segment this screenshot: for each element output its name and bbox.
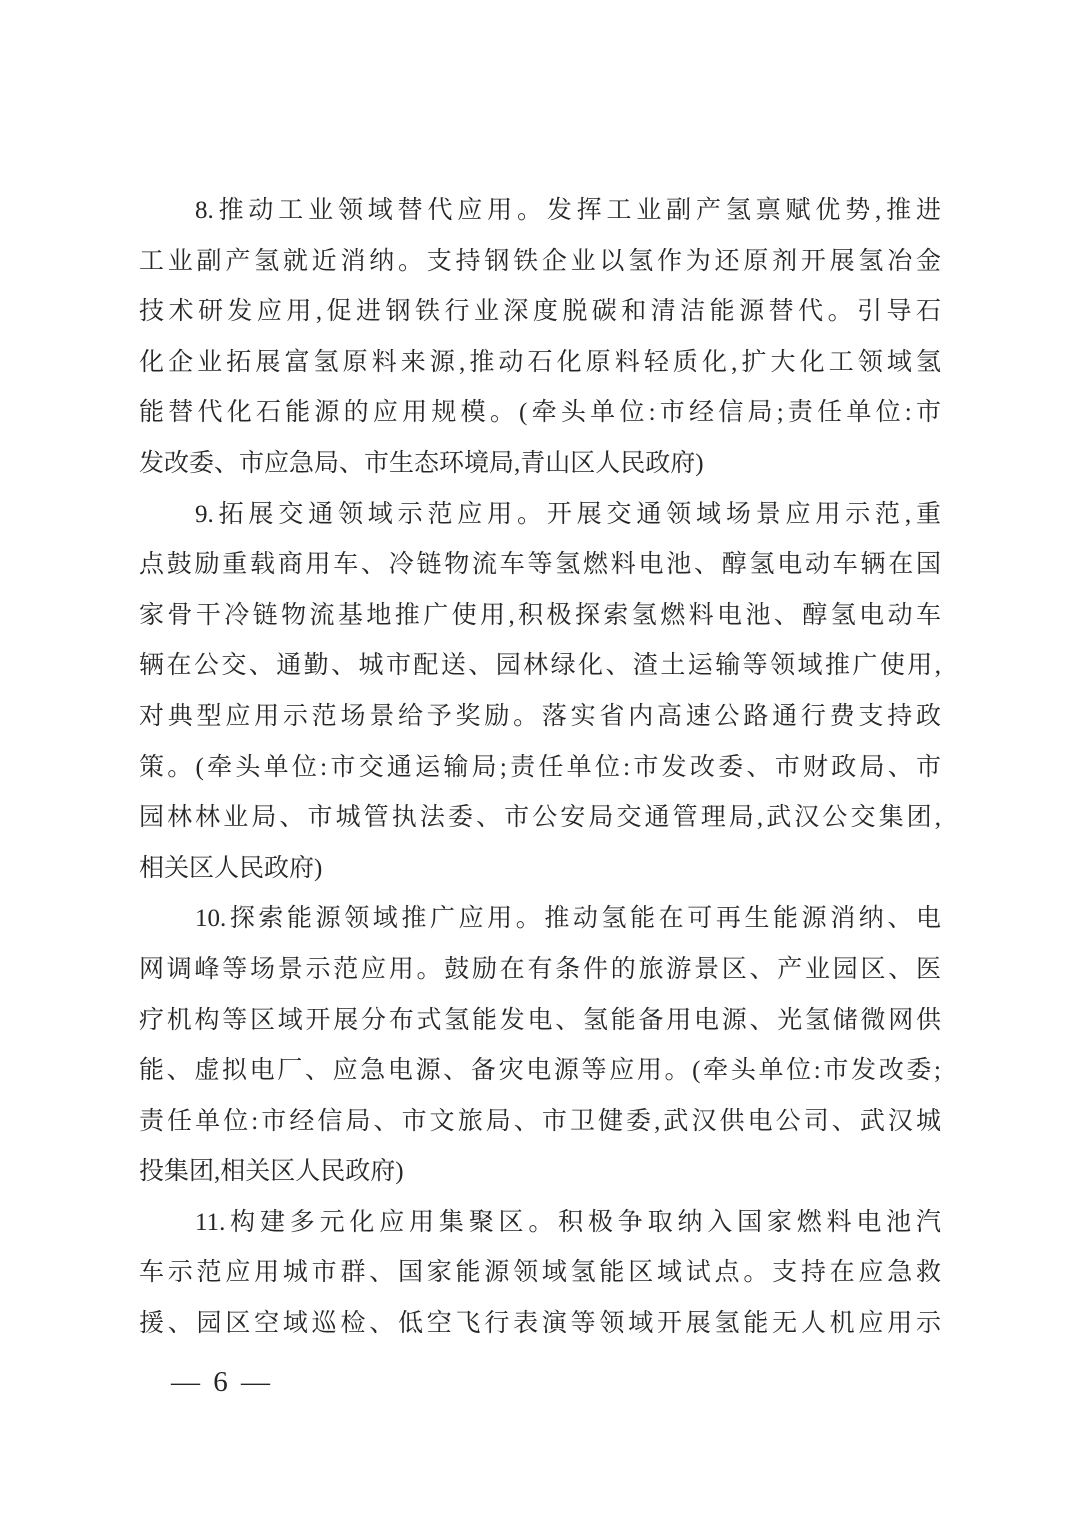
- text-line: 8.推动工业领域替代应用。发挥工业副产氢禀赋优势,推进: [139, 186, 941, 237]
- text-line: 疗机构等区域开展分布式氢能发电、氢能备用电源、光氢储微网供: [139, 996, 941, 1047]
- page-number: — 6 —: [171, 1363, 273, 1401]
- text-line: 辆在公交、通勤、城市配送、园林绿化、渣土运输等领域推广使用,: [139, 641, 941, 692]
- text-line: 9.拓展交通领域示范应用。开展交通领域场景应用示范,重: [139, 490, 941, 541]
- text-line: 策。(牵头单位:市交通运输局;责任单位:市发改委、市财政局、市: [139, 743, 941, 794]
- text-line: 车示范应用城市群、国家能源领域氢能区域试点。支持在应急救: [139, 1248, 941, 1299]
- text-line: 工业副产氢就近消纳。支持钢铁企业以氢作为还原剂开展氢冶金: [139, 237, 941, 288]
- text-line: 点鼓励重载商用车、冷链物流车等氢燃料电池、醇氢电动车辆在国: [139, 540, 941, 591]
- text-line: 化企业拓展富氢原料来源,推动石化原料轻质化,扩大化工领域氢: [139, 338, 941, 389]
- text-line: 家骨干冷链物流基地推广使用,积极探索氢燃料电池、醇氢电动车: [139, 591, 941, 642]
- text-line: 11.构建多元化应用集聚区。积极争取纳入国家燃料电池汽: [139, 1198, 941, 1249]
- text-line: 园林林业局、市城管执法委、市公安局交通管理局,武汉公交集团,: [139, 793, 941, 844]
- text-line: 援、园区空域巡检、低空飞行表演等领域开展氢能无人机应用示: [139, 1299, 941, 1350]
- text-line: 10.探索能源领域推广应用。推动氢能在可再生能源消纳、电: [139, 894, 941, 945]
- text-line: 相关区人民政府): [139, 844, 941, 895]
- text-line: 责任单位:市经信局、市文旅局、市卫健委,武汉供电公司、武汉城: [139, 1097, 941, 1148]
- text-line: 能替代化石能源的应用规模。(牵头单位:市经信局;责任单位:市: [139, 388, 941, 439]
- text-line: 网调峰等场景示范应用。鼓励在有条件的旅游景区、产业园区、医: [139, 945, 941, 996]
- text-line: 技术研发应用,促进钢铁行业深度脱碳和清洁能源替代。引导石: [139, 287, 941, 338]
- document-body: 8.推动工业领域替代应用。发挥工业副产氢禀赋优势,推进工业副产氢就近消纳。支持钢…: [139, 186, 941, 1350]
- text-line: 发改委、市应急局、市生态环境局,青山区人民政府): [139, 439, 941, 490]
- document-page: 8.推动工业领域替代应用。发挥工业副产氢禀赋优势,推进工业副产氢就近消纳。支持钢…: [0, 0, 1080, 1532]
- text-line: 对典型应用示范场景给予奖励。落实省内高速公路通行费支持政: [139, 692, 941, 743]
- text-line: 能、虚拟电厂、应急电源、备灾电源等应用。(牵头单位:市发改委;: [139, 1046, 941, 1097]
- text-line: 投集团,相关区人民政府): [139, 1147, 941, 1198]
